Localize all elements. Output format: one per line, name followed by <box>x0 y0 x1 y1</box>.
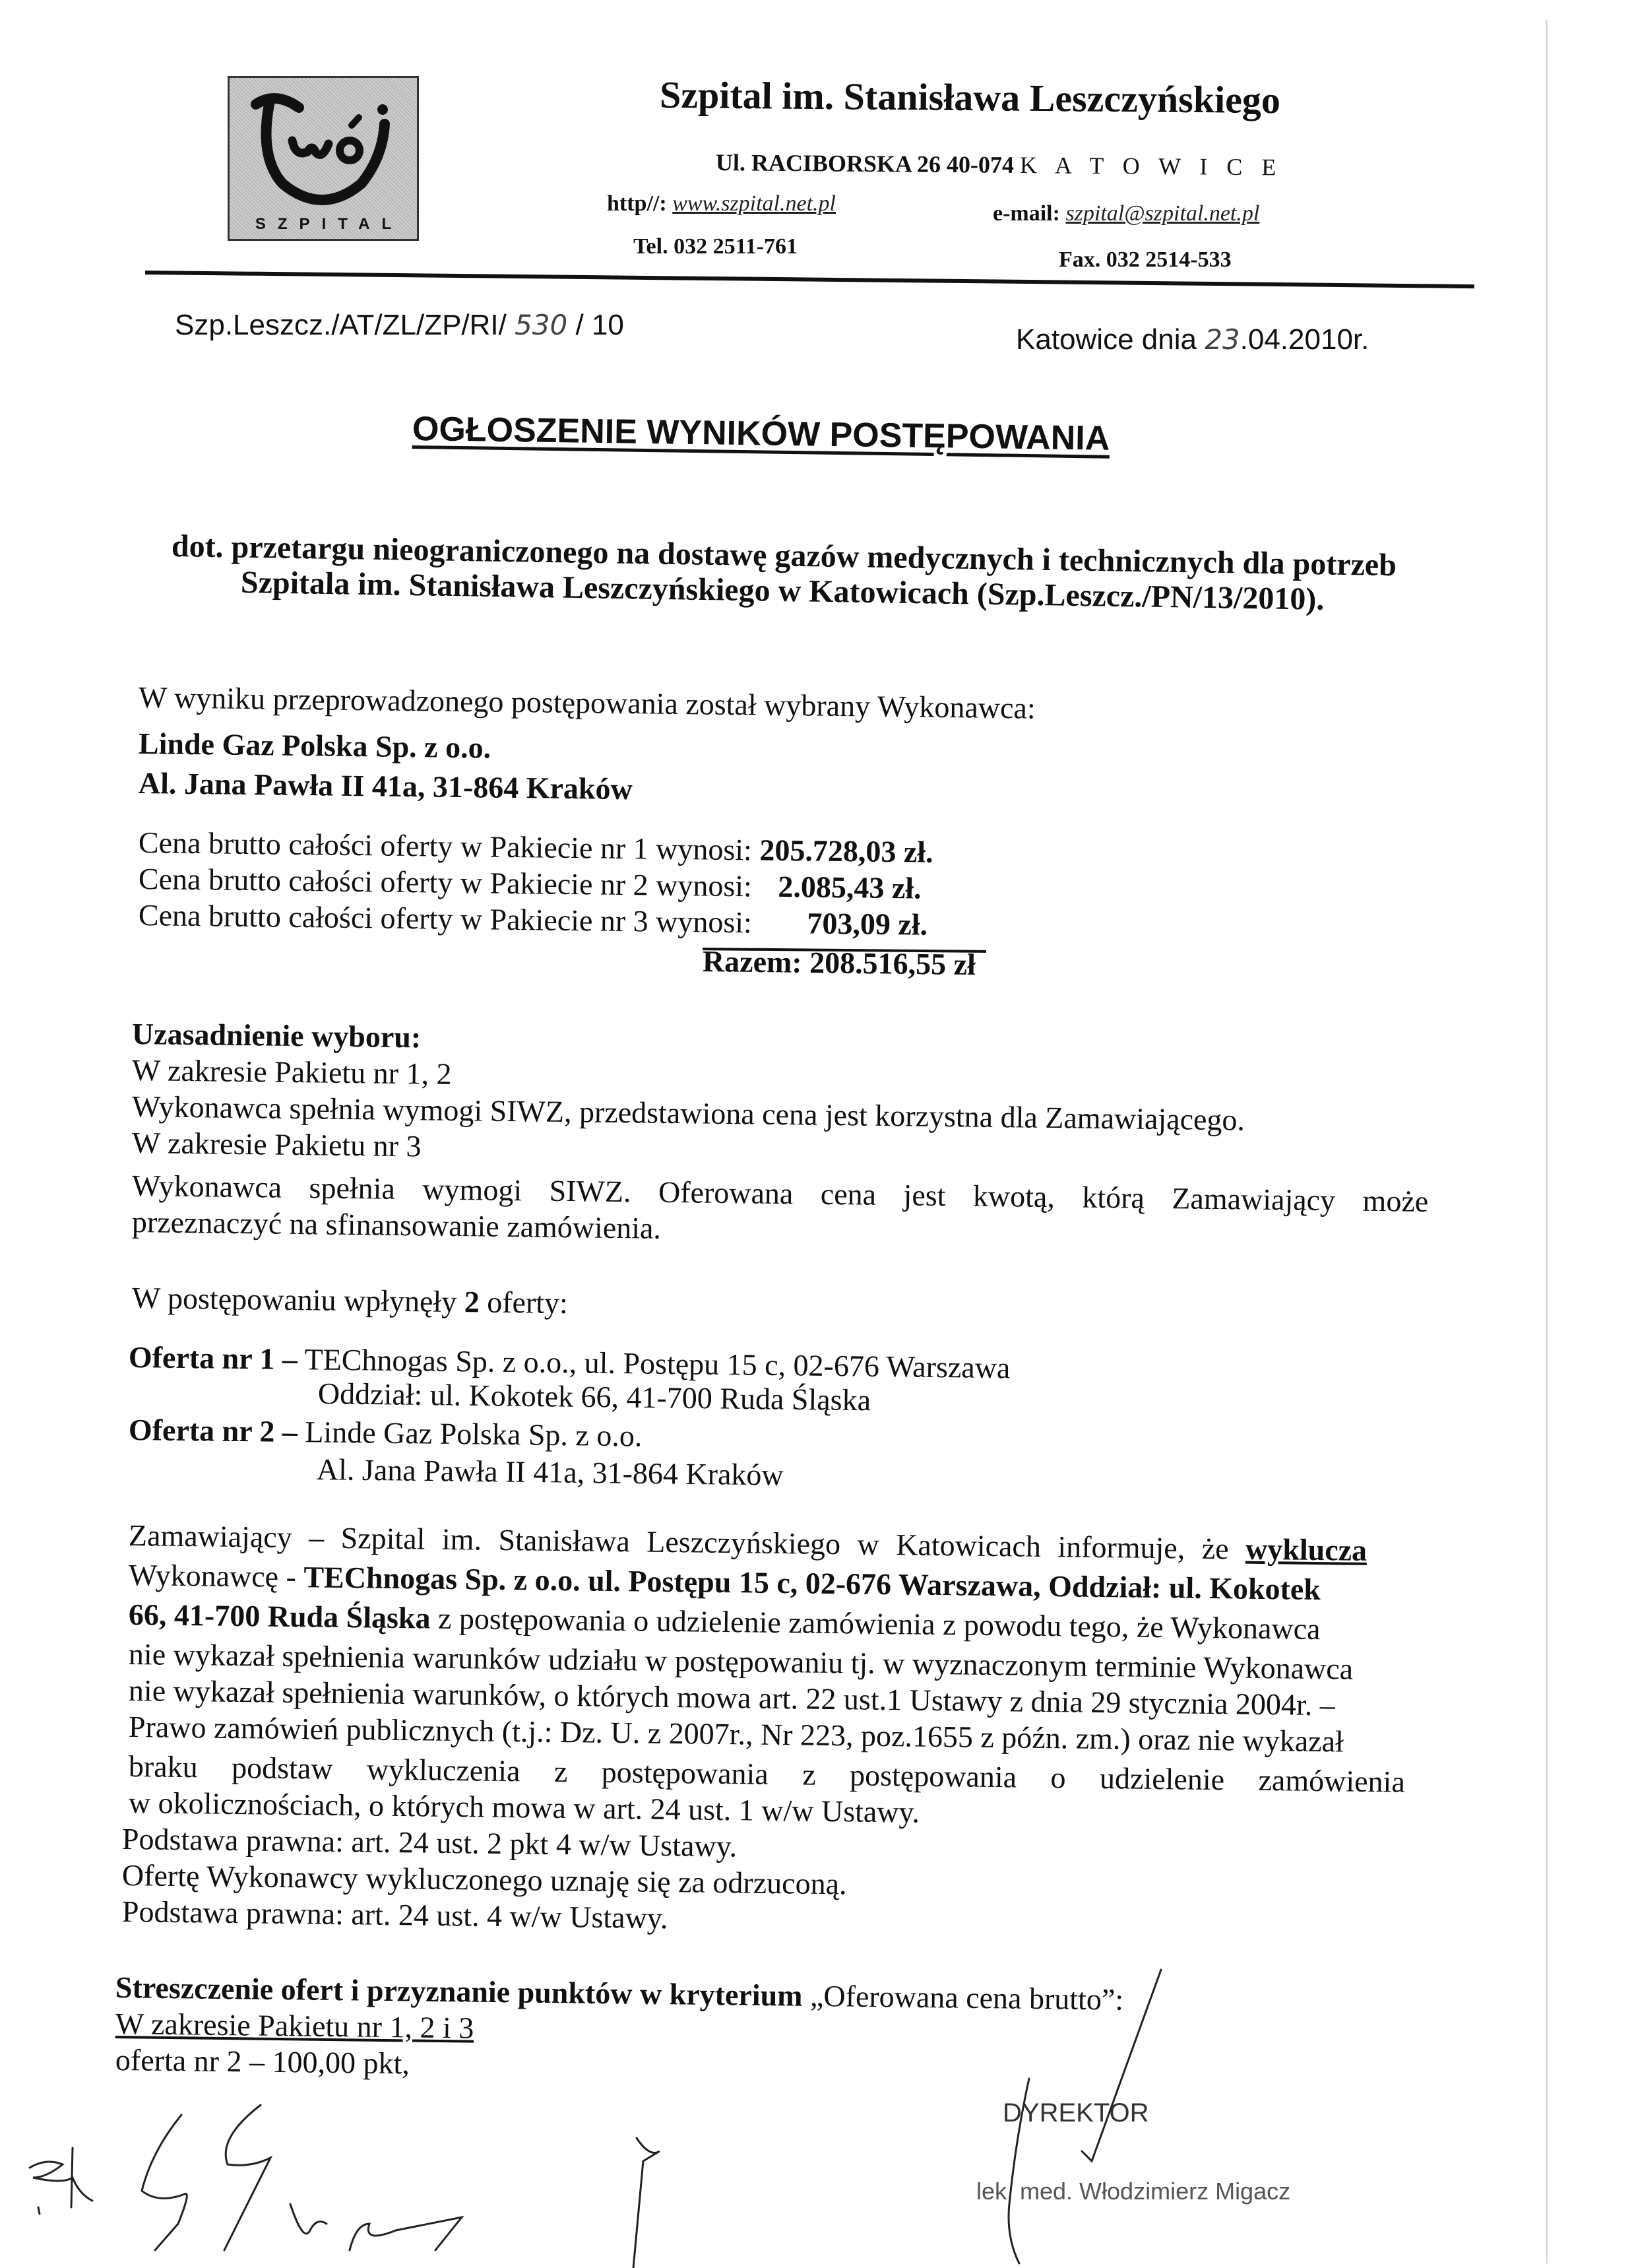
offer-line: Al. Jana Pawła II 41a, 31-864 Kraków <box>317 1452 784 1493</box>
email-label: e-mail: <box>993 201 1060 226</box>
offer-label: Oferta nr 2 – <box>129 1413 298 1448</box>
reference-prefix: Szp.Leszcz./AT/ZL/ZP/RI/ <box>175 309 507 341</box>
offers-intro: W postępowaniu wpłynęły 2 oferty: <box>132 1280 569 1320</box>
exclusion-text: Zamawiający – Szpital im. Stanisława Les… <box>129 1518 1229 1565</box>
price-label: Cena brutto całości oferty w Pakiecie nr… <box>139 862 753 903</box>
handwritten-number: 530 <box>515 309 567 341</box>
web-label: http//: <box>607 191 667 216</box>
street: Ul. RACIBORSKA 26 40-074 <box>716 149 1014 178</box>
email: e-mail: szpital@szpital.net.pl <box>993 201 1259 226</box>
legal-basis: Podstawa prawna: art. 24 ust. 2 pkt 4 w/… <box>122 1821 738 1863</box>
exclusion-text: Wykonawcę - <box>129 1558 297 1594</box>
price-label: Cena brutto całości oferty w Pakiecie nr… <box>139 826 753 866</box>
page-title: OGŁOSZENIE WYNIKÓW POSTĘPOWANIA <box>412 409 1110 459</box>
result-intro: W wyniku przeprowadzonego postępowania z… <box>139 680 1036 726</box>
winner-address: Al. Jana Pawła II 41a, 31-864 Kraków <box>139 765 633 806</box>
offers-intro-end: oferty: <box>487 1285 568 1320</box>
winner-name: Linde Gaz Polska Sp. z o.o. <box>139 726 491 765</box>
justification-line: W zakresie Pakietu nr 1, 2 <box>132 1053 452 1091</box>
justification-line: W zakresie Pakietu nr 3 <box>132 1125 422 1163</box>
document-date: Katowice dnia 23.04.2010r. <box>1016 323 1369 356</box>
date-prefix: Katowice dnia <box>1016 323 1197 356</box>
justification-line: przeznaczyć na sfinansowanie zamówienia. <box>132 1204 662 1246</box>
price-value: 2.085,43 zł. <box>759 870 922 905</box>
offers-intro-text: W postępowaniu wpłynęły <box>132 1281 457 1318</box>
hospital-address: Ul. RACIBORSKA 26 40-074 K A T O W I C E <box>716 148 1283 181</box>
scan-edge-line <box>1546 20 1548 2263</box>
legal-basis: Podstawa prawna: art. 24 ust. 4 w/w Usta… <box>122 1894 668 1935</box>
price-value: 703,09 zł. <box>759 906 928 942</box>
price-value: 205.728,03 zł. <box>759 833 933 869</box>
exclusion-emphasis: wyklucza <box>1245 1532 1368 1567</box>
offers-count: 2 <box>464 1285 480 1318</box>
price-label: Cena brutto całości oferty w Pakiecie nr… <box>139 898 753 939</box>
date-suffix: .04.2010r. <box>1240 323 1369 356</box>
excluded-contractor-branch: 66, 41-700 Ruda Śląska <box>129 1598 431 1635</box>
letterhead-divider <box>145 271 1474 288</box>
city: K A T O W I C E <box>1020 152 1283 180</box>
total-value: 208.516,55 zł <box>809 946 976 981</box>
offer-label: Oferta nr 1 – <box>129 1340 298 1376</box>
reference-suffix: / 10 <box>576 309 624 341</box>
website: http//: www.szpital.net.pl <box>607 191 836 216</box>
hospital-name: Szpital im. Stanisława Leszczyńskiego <box>660 73 1280 122</box>
email-link[interactable]: szpital@szpital.net.pl <box>1065 201 1259 226</box>
excluded-contractor: TEChnogas Sp. z o.o. ul. Postępu 15 c, 0… <box>303 1560 1321 1606</box>
reference-number: Szp.Leszcz./AT/ZL/ZP/RI/ 530 / 10 <box>175 309 624 342</box>
total-label: Razem: <box>703 944 802 979</box>
hospital-logo: SZPITAL <box>228 76 419 241</box>
justification-heading: Uzasadnienie wyboru: <box>132 1016 422 1054</box>
total-row: Razem: 208.516,55 zł <box>703 944 976 982</box>
phone: Tel. 032 2511-761 <box>633 234 798 259</box>
offer-line: Linde Gaz Polska Sp. z o.o. <box>305 1415 643 1452</box>
fax: Fax. 032 2514-533 <box>1059 247 1232 273</box>
website-link[interactable]: www.szpital.net.pl <box>672 191 836 216</box>
offer-line: Oddział: ul. Kokotek 66, 41-700 Ruda Ślą… <box>318 1376 871 1417</box>
logo-caption: SZPITAL <box>230 215 417 234</box>
exclusion-text: z postępowania o udzielenie zamówienia z… <box>438 1602 1321 1646</box>
offer-item: Oferta nr 2 – Linde Gaz Polska Sp. z o.o… <box>129 1412 643 1454</box>
handwritten-signatures-icon <box>0 1940 1636 2268</box>
handwritten-day: 23 <box>1205 323 1240 356</box>
